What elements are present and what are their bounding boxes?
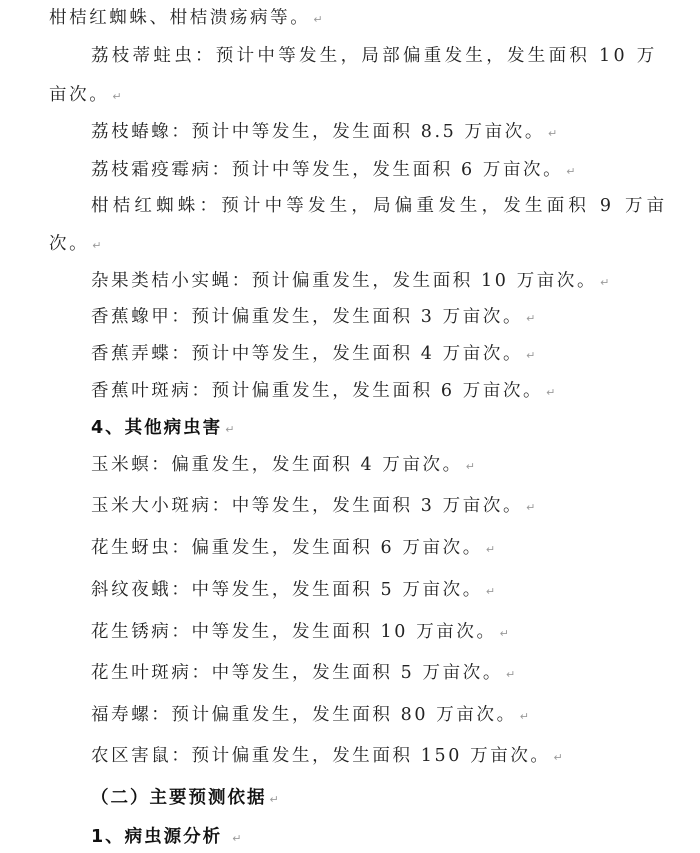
paragraph-text: 荔枝霜疫霉病：预计中等发生，发生面积 6 万亩次。 [91, 160, 563, 180]
paragraph-mark-icon: ↵ [500, 627, 509, 640]
paragraph-mark-icon: ↵ [566, 165, 575, 178]
paragraph-mark-icon: ↵ [486, 543, 495, 556]
paragraph-text: 农区害鼠：预计偏重发生，发生面积 150 万亩次。 [91, 746, 551, 766]
paragraph-mark-icon: ↵ [554, 751, 563, 764]
paragraph-15: 花生叶斑病：中等发生，发生面积 5 万亩次。↵ [91, 661, 515, 687]
paragraph-mark-icon: ↵ [92, 239, 101, 252]
paragraph-text: 香蕉弄蝶：预计中等发生，发生面积 4 万亩次。 [91, 344, 523, 364]
paragraph-mark-icon: ↵ [546, 386, 555, 399]
paragraph-13: 斜纹夜蛾：中等发生，发生面积 5 万亩次。↵ [91, 578, 495, 604]
paragraph-5-cont: 次。↵ [49, 232, 101, 258]
section-heading-other-pests: 4、其他病虫害↵ [91, 416, 234, 442]
paragraph-text: 福寿螺：预计偏重发生，发生面积 80 万亩次。 [91, 705, 517, 725]
paragraph-2-cont: 亩次。↵ [49, 83, 122, 109]
paragraph-text: 荔枝蒂蛀虫：预计中等发生，局部偏重发生，发生面积 10 万 [91, 46, 658, 66]
paragraph-7: 香蕉蟓甲：预计偏重发生，发生面积 3 万亩次。↵ [91, 305, 535, 331]
paragraph-mark-icon: ↵ [526, 349, 535, 362]
paragraph-mark-icon: ↵ [225, 423, 234, 436]
paragraph-16: 福寿螺：预计偏重发生，发生面积 80 万亩次。↵ [91, 703, 529, 729]
paragraph-text: 玉米螟：偏重发生，发生面积 4 万亩次。 [91, 455, 463, 475]
heading-text: （二）主要预测依据 [91, 788, 267, 808]
paragraph-mark-icon: ↵ [466, 460, 475, 473]
paragraph-11: 玉米大小斑病：中等发生，发生面积 3 万亩次。↵ [91, 494, 535, 520]
paragraph-17: 农区害鼠：预计偏重发生，发生面积 150 万亩次。↵ [91, 744, 563, 770]
subsection-heading-pest-source: 1、病虫源分析↵ [91, 825, 241, 851]
paragraph-9: 香蕉叶斑病：预计偏重发生，发生面积 6 万亩次。↵ [91, 379, 555, 405]
paragraph-12: 花生蚜虫：偏重发生，发生面积 6 万亩次。↵ [91, 536, 495, 562]
paragraph-mark-icon: ↵ [313, 13, 322, 26]
paragraph-text: 柑桔红蜘蛛、柑桔溃疡病等。 [49, 8, 310, 28]
heading-text: 1、病虫源分析 [91, 827, 222, 847]
paragraph-mark-icon: ↵ [232, 832, 241, 845]
paragraph-3: 荔枝蝽蟓：预计中等发生，发生面积 8.5 万亩次。↵ [91, 120, 557, 146]
paragraph-text: 荔枝蝽蟓：预计中等发生，发生面积 8.5 万亩次。 [91, 122, 545, 142]
paragraph-text: 次。 [49, 234, 89, 254]
paragraph-text: 亩次。 [49, 85, 109, 105]
paragraph-6: 杂果类桔小实蝇：预计偏重发生，发生面积 10 万亩次。↵ [91, 269, 609, 295]
paragraph-2: 荔枝蒂蛀虫：预计中等发生，局部偏重发生，发生面积 10 万 [91, 44, 658, 68]
paragraph-text: 杂果类桔小实蝇：预计偏重发生，发生面积 10 万亩次。 [91, 271, 597, 291]
paragraph-mark-icon: ↵ [600, 276, 609, 289]
paragraph-mark-icon: ↵ [506, 668, 515, 681]
section-heading-prediction-basis: （二）主要预测依据↵ [91, 786, 279, 812]
paragraph-text: 香蕉蟓甲：预计偏重发生，发生面积 3 万亩次。 [91, 307, 523, 327]
paragraph-mark-icon: ↵ [526, 501, 535, 514]
paragraph-1: 柑桔红蜘蛛、柑桔溃疡病等。↵ [49, 6, 323, 32]
document-page: 柑桔红蜘蛛、柑桔溃疡病等。↵ 荔枝蒂蛀虫：预计中等发生，局部偏重发生，发生面积 … [0, 0, 700, 853]
paragraph-text: 玉米大小斑病：中等发生，发生面积 3 万亩次。 [91, 496, 523, 516]
paragraph-8: 香蕉弄蝶：预计中等发生，发生面积 4 万亩次。↵ [91, 342, 535, 368]
paragraph-10: 玉米螟：偏重发生，发生面积 4 万亩次。↵ [91, 453, 475, 479]
paragraph-14: 花生锈病：中等发生，发生面积 10 万亩次。↵ [91, 620, 509, 646]
paragraph-mark-icon: ↵ [270, 793, 279, 806]
paragraph-5: 柑桔红蜘蛛：预计中等发生，局偏重发生，发生面积 9 万亩 [91, 194, 668, 218]
paragraph-mark-icon: ↵ [486, 585, 495, 598]
paragraph-4: 荔枝霜疫霉病：预计中等发生，发生面积 6 万亩次。↵ [91, 158, 575, 184]
paragraph-text: 斜纹夜蛾：中等发生，发生面积 5 万亩次。 [91, 580, 483, 600]
paragraph-text: 柑桔红蜘蛛：预计中等发生，局偏重发生，发生面积 9 万亩 [91, 196, 668, 216]
paragraph-text: 香蕉叶斑病：预计偏重发生，发生面积 6 万亩次。 [91, 381, 543, 401]
paragraph-text: 花生叶斑病：中等发生，发生面积 5 万亩次。 [91, 663, 503, 683]
paragraph-text: 花生锈病：中等发生，发生面积 10 万亩次。 [91, 622, 497, 642]
paragraph-mark-icon: ↵ [520, 710, 529, 723]
paragraph-mark-icon: ↵ [548, 127, 557, 140]
heading-text: 4、其他病虫害 [91, 418, 222, 438]
paragraph-mark-icon: ↵ [112, 90, 121, 103]
paragraph-mark-icon: ↵ [526, 312, 535, 325]
paragraph-text: 花生蚜虫：偏重发生，发生面积 6 万亩次。 [91, 538, 483, 558]
